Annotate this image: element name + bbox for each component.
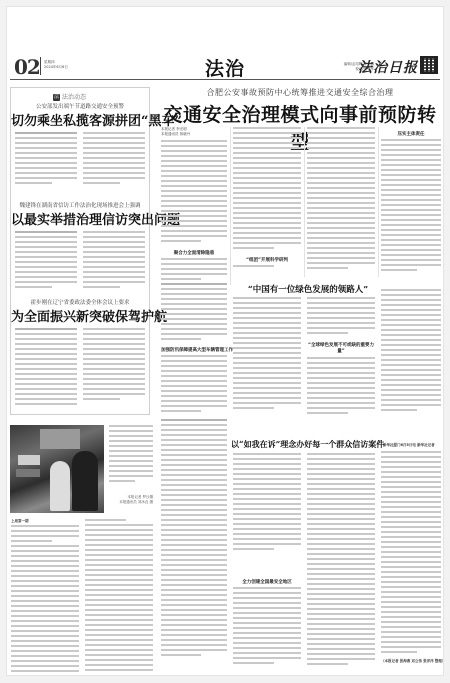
feature-body-col1 (161, 283, 227, 345)
main-body-col1b (161, 258, 227, 284)
law-badge-icon: 法 (53, 94, 60, 101)
photo-person (72, 451, 98, 511)
photo-banner (40, 429, 80, 449)
photo-caption (109, 425, 153, 491)
feature-headline[interactable]: “中国有一位绿色发展的领路人” (233, 283, 383, 295)
photo-person (50, 461, 70, 511)
article-body-col2 (83, 328, 145, 410)
petition-body-col1 (161, 419, 227, 669)
article-headline[interactable]: 为全面振兴新突破保驾护航 (11, 306, 149, 325)
newspaper-logo: 法治日报 (358, 57, 418, 77)
byline-correspondent: 本报通讯员 蒋晓丹 (161, 132, 190, 137)
feature-body-col3b (307, 357, 375, 417)
newspaper-page: 02 星期四 2024年6月6日 法治 编辑/孟绍辉 李云鹏 校对/张华军 法治… (6, 6, 444, 676)
box-tag: 法法治动态 (53, 92, 86, 101)
article-body-col2 (83, 132, 145, 188)
section-heading: 压实主体责任 (381, 131, 441, 137)
main-body-col4 (381, 139, 441, 279)
column-rule (230, 127, 231, 285)
main-byline: 本报记者 李光明 本报通讯员 蒋晓丹 (161, 127, 190, 137)
feature-body-col3 (307, 297, 375, 337)
article-body-col1 (15, 328, 77, 410)
article-body-col1 (15, 132, 77, 188)
main-body-col2 (233, 127, 301, 255)
main-body-col2b (233, 265, 301, 275)
article-kicker: 霍步刚在辽宁省委政法委全体会议上要求 (11, 298, 149, 306)
main-article-kicker: 合肥公安事故预防中心统筹推进交通安全综合治理 (157, 87, 443, 98)
column-rule (304, 127, 305, 277)
news-photo[interactable] (10, 425, 104, 513)
main-body-col3 (307, 127, 375, 277)
section-heading: 加强防汛保障提高大型车辆管理工作 (161, 347, 227, 353)
news-briefs-box: 法法治动态 公安部发出端午节道路交通安全预警 切勿乘坐私揽客源拼团“黑车” 魏建… (10, 87, 150, 415)
section-heading: “组团”开展科学研判 (233, 257, 301, 263)
article-body-col2 (83, 231, 145, 291)
section-heading: 全力创建全国最安全地区 (233, 579, 301, 585)
photo-credit: 本报记者 罗沙摄 本报通讯员 刘冰垚 摄 (109, 495, 153, 505)
article-headline[interactable]: 切勿乘坐私揽客源拼团“黑车” (11, 110, 149, 129)
feature-body-col4 (381, 289, 441, 415)
article-lead: 上周第一期 (11, 519, 29, 524)
petition-body-col2 (233, 453, 301, 553)
photo-credit-line: 本报通讯员 刘冰垚 摄 (109, 500, 153, 505)
article-body-col2 (85, 519, 153, 675)
petition-headline[interactable]: 以“如我在诉”理念办好每一个群众信访案件 (231, 439, 379, 450)
photo-sign (16, 469, 40, 477)
article-kicker: 公安部发出端午节道路交通安全预警 (11, 102, 149, 110)
petition-body-col3 (307, 453, 375, 671)
article-body-col1 (11, 525, 79, 675)
main-body-col1 (161, 140, 227, 248)
section-heading: 聚合力全面清除隐患 (161, 250, 227, 256)
petition-body-col2b (233, 587, 301, 671)
photo-sign (18, 455, 40, 465)
feature-subhead: “全球绿色发展不可或缺的重要力量” (307, 343, 375, 355)
article-body-col1 (15, 231, 77, 291)
news-agency-dateline: 新华社厦门6月5日电 新华社记者 (383, 443, 435, 448)
feature-body-col2 (233, 297, 301, 415)
box-tag-label: 法治动态 (62, 94, 86, 101)
column-rule (378, 127, 379, 277)
qr-code-icon[interactable] (420, 56, 438, 74)
article-kicker: 魏建锋在湖南省信访工作法治化现场推进会上强调 (11, 201, 149, 209)
article-headline[interactable]: 以最实举措治理信访突出问题 (11, 209, 149, 228)
closing-credit: （本报记者 张海燕 邓立伟 张洋洋 整理） (381, 659, 444, 664)
masthead: 02 星期四 2024年6月6日 法治 编辑/孟绍辉 李云鹏 校对/张华军 法治… (10, 53, 440, 80)
feature-body-col1b (161, 355, 227, 415)
petition-body-col4 (381, 451, 441, 656)
